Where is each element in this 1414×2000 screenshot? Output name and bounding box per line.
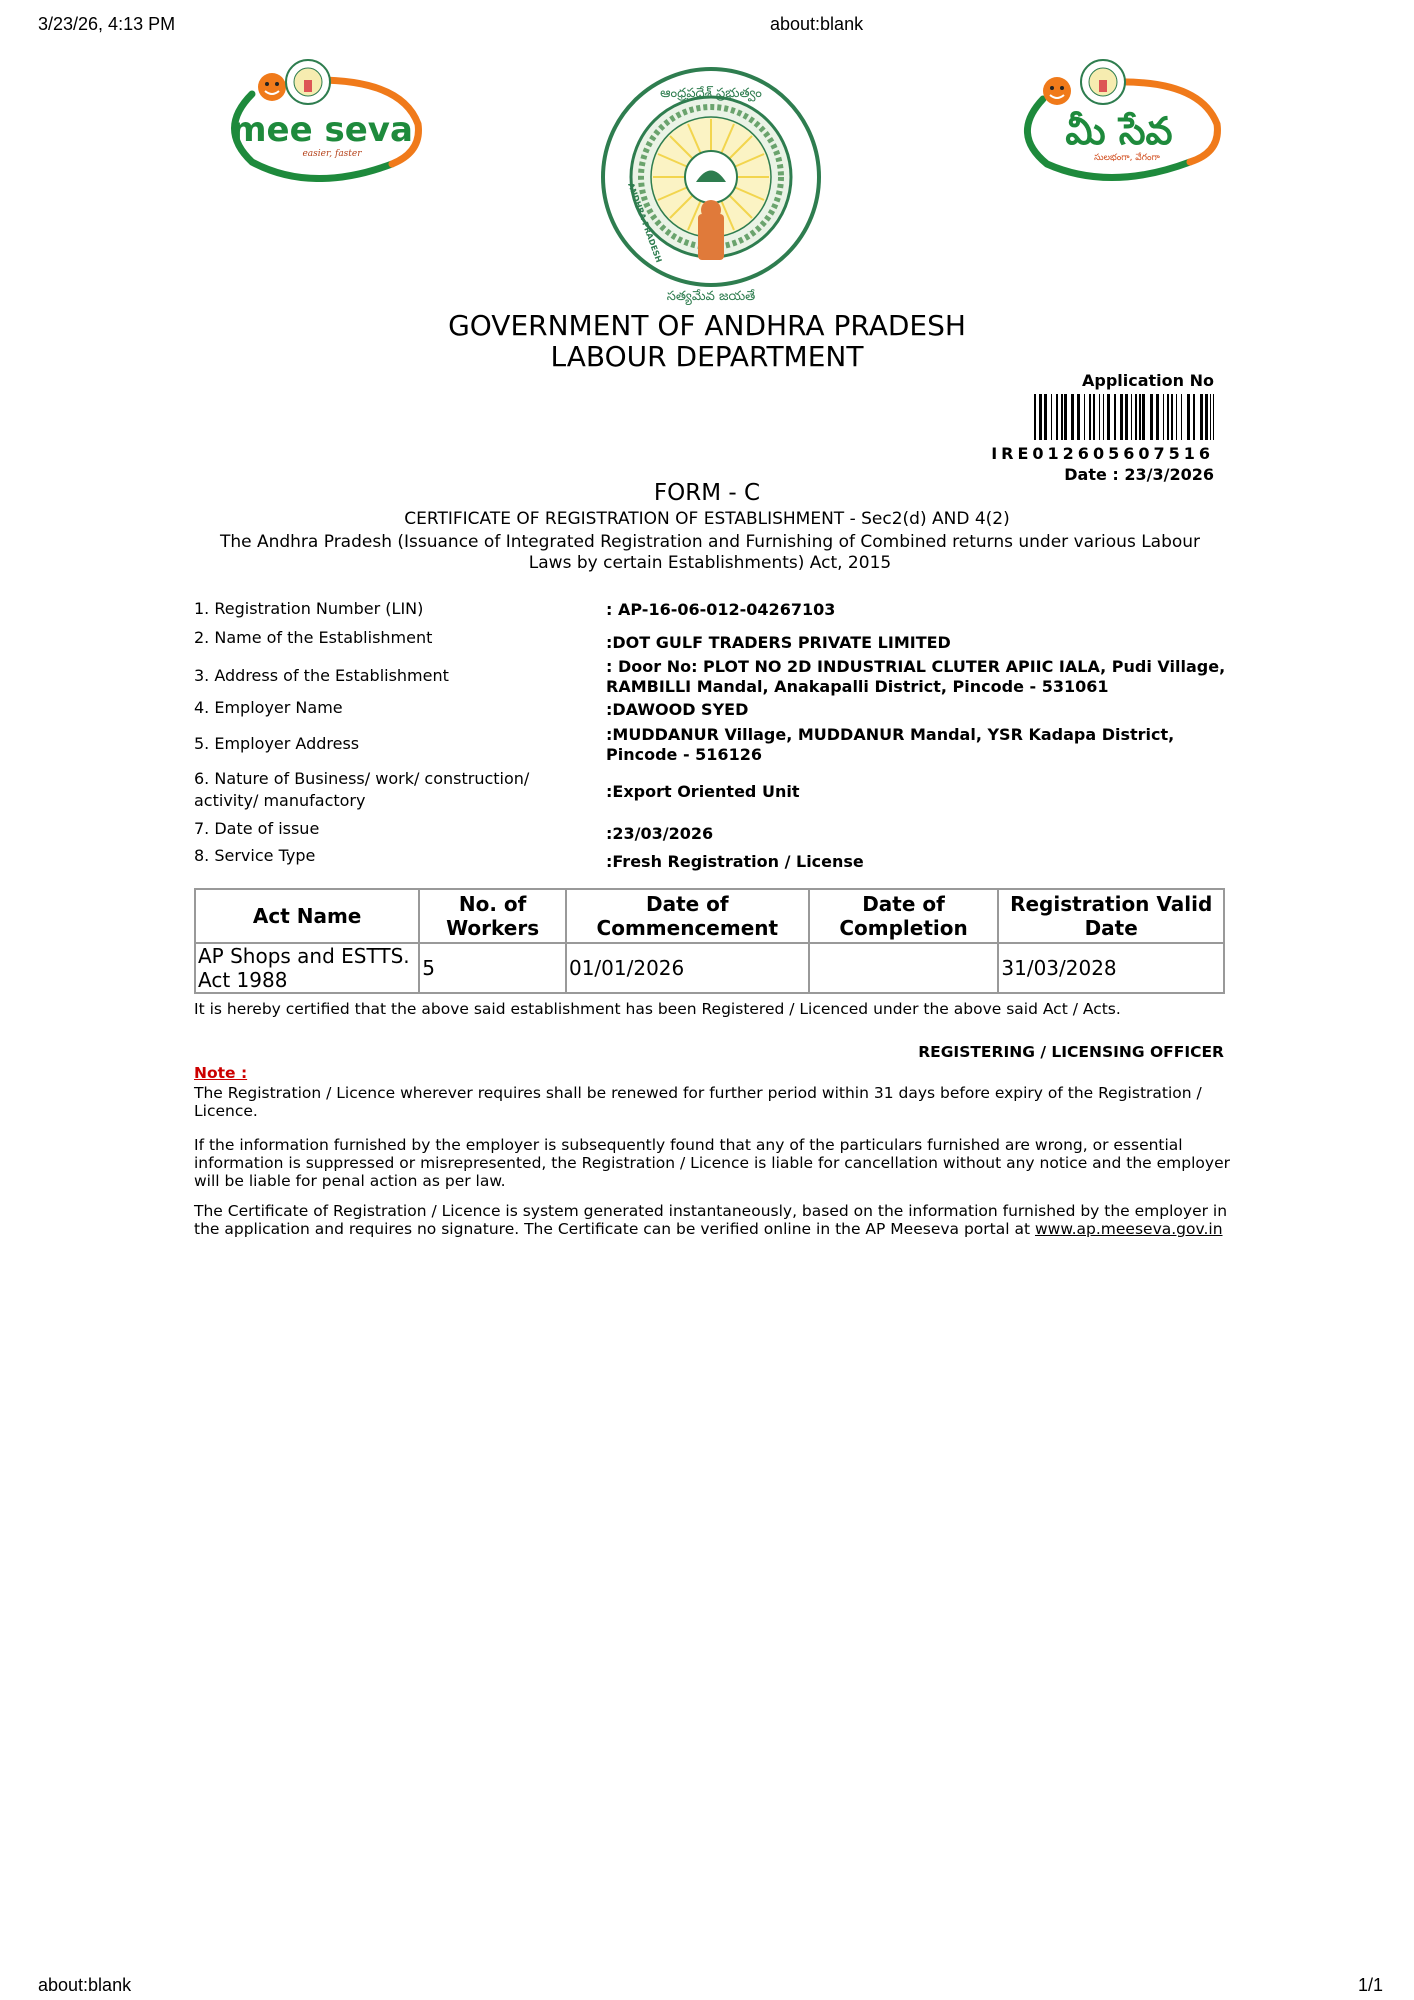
mee-seva-telugu-logo: మీ సేవ సులభంగా, వేగంగా: [1015, 54, 1223, 182]
svg-text:ఆంధ్రప్రదేశ్ ప్రభుత్వం: ఆంధ్రప్రదేశ్ ప్రభుత్వం: [660, 86, 762, 102]
field-value-lin: : AP-16-06-012-04267103: [606, 600, 1226, 620]
col-act-name: Act Name: [195, 889, 419, 943]
field-label-employer-address: 5. Employer Address: [194, 733, 359, 755]
field-label-establishment-name: 2. Name of the Establishment: [194, 627, 432, 649]
andhra-pradesh-emblem: ఆంధ్రప్రదేశ్ ప్రభుత్వం ANDHRA PRADESH సత…: [598, 64, 824, 308]
field-value-employer-name: :DAWOOD SYED: [606, 700, 1226, 720]
cell-commencement: 01/01/2026: [566, 943, 809, 993]
department-heading: GOVERNMENT OF ANDHRA PRADESH LABOUR DEPA…: [0, 310, 1414, 372]
field-value-establishment-address: : Door No: PLOT NO 2D INDUSTRIAL CLUTER …: [606, 657, 1226, 697]
note-paragraph-verification: The Certificate of Registration / Licenc…: [194, 1202, 1234, 1238]
field-label-employer-name: 4. Employer Name: [194, 697, 343, 719]
application-label: Application No: [991, 371, 1214, 390]
field-label-service-type: 8. Service Type: [194, 845, 315, 867]
svg-text:easier, faster: easier, faster: [302, 149, 362, 159]
acts-table: Act Name No. of Workers Date of Commence…: [194, 888, 1225, 994]
cell-workers: 5: [419, 943, 566, 993]
print-footer-url: about:blank: [38, 1975, 131, 1996]
application-number: IRE012605607516: [991, 444, 1214, 463]
form-title: FORM - C: [0, 480, 1414, 506]
note-label: Note :: [194, 1064, 247, 1082]
officer-title: REGISTERING / LICENSING OFFICER: [918, 1043, 1224, 1061]
print-page-title: about:blank: [770, 14, 863, 35]
cell-valid-date: 31/03/2028: [998, 943, 1224, 993]
cell-act-name: AP Shops and ESTTS. Act 1988: [195, 943, 419, 993]
col-commencement: Date of Commencement: [566, 889, 809, 943]
field-value-service-type: :Fresh Registration / License: [606, 852, 1226, 872]
field-label-nature-of-business: 6. Nature of Business/ work/ constructio…: [194, 768, 594, 812]
svg-text:సత్యమేవ జయతే: సత్యమేవ జయతే: [667, 289, 756, 306]
field-value-nature-of-business: :Export Oriented Unit: [606, 782, 1226, 802]
form-act-reference: The Andhra Pradesh (Issuance of Integrat…: [210, 532, 1210, 574]
acts-table-header: Act Name No. of Workers Date of Commence…: [195, 889, 1224, 943]
table-row: AP Shops and ESTTS. Act 1988 5 01/01/202…: [195, 943, 1224, 993]
mee-seva-logo: mee seva easier, faster: [222, 54, 422, 182]
field-label-lin: 1. Registration Number (LIN): [194, 598, 423, 620]
department-title: LABOUR DEPARTMENT: [0, 341, 1414, 372]
note-paragraph-cancellation: If the information furnished by the empl…: [194, 1136, 1234, 1190]
field-value-date-of-issue: :23/03/2026: [606, 824, 1226, 844]
print-page-count: 1/1: [1358, 1975, 1383, 1996]
note-paragraph-renewal: The Registration / Licence wherever requ…: [194, 1084, 1234, 1120]
col-workers: No. of Workers: [419, 889, 566, 943]
col-completion: Date of Completion: [809, 889, 999, 943]
application-barcode: [1034, 394, 1214, 440]
svg-text:సులభంగా, వేగంగా: సులభంగా, వేగంగా: [1094, 152, 1160, 163]
field-label-date-of-issue: 7. Date of issue: [194, 818, 319, 840]
svg-text:మీ సేవ: మీ సేవ: [1065, 109, 1172, 153]
svg-text:mee seva: mee seva: [231, 110, 413, 150]
field-label-establishment-address: 3. Address of the Establishment: [194, 665, 449, 687]
meeseva-portal-link[interactable]: www.ap.meeseva.gov.in: [1035, 1220, 1223, 1238]
print-datetime: 3/23/26, 4:13 PM: [38, 14, 175, 35]
cell-completion: [809, 943, 999, 993]
government-title: GOVERNMENT OF ANDHRA PRADESH: [0, 310, 1414, 341]
application-block: Application No IRE012605607516 Date : 23…: [991, 371, 1214, 484]
form-subtitle: CERTIFICATE OF REGISTRATION OF ESTABLISH…: [0, 509, 1414, 529]
certification-statement: It is hereby certified that the above sa…: [194, 1000, 1121, 1018]
field-value-establishment-name: :DOT GULF TRADERS PRIVATE LIMITED: [606, 633, 1226, 653]
col-valid-date: Registration Valid Date: [998, 889, 1224, 943]
field-value-employer-address: :MUDDANUR Village, MUDDANUR Mandal, YSR …: [606, 725, 1226, 765]
